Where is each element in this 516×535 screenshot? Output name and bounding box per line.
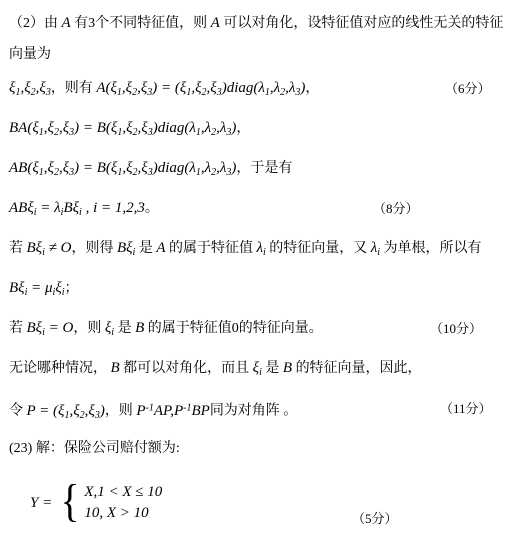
score-label: （11分） [440,398,492,420]
math-segment: AB(ξ1,ξ2,ξ3) = B(ξ1,ξ2,ξ3)diag(λ1,λ2,λ3) [9,160,236,176]
math-segment: λi [257,240,266,256]
score-label: （8分） [373,198,419,220]
text-segment: ，则 [73,321,105,336]
text-segment: ，则 [105,404,137,419]
text-segment: （2）由 [9,16,62,31]
formula-line: 若 Bξi ≠ O，则得 Bξi 是 A 的属于特征值 λi 的特征向量，又 λ… [9,237,507,259]
formula-line: AB(ξ1,ξ2,ξ3) = B(ξ1,ξ2,ξ3)diag(λ1,λ2,λ3)… [9,157,507,179]
math-segment: Y = [30,495,52,512]
left-brace: { [61,477,80,525]
case-row: X,1 < X ≤ 10 [84,482,162,503]
text-segment: ，则得 [71,241,117,256]
math-segment: A(ξ1,ξ2,ξ3) = (ξ1,ξ2,ξ3)diag(λ1,λ2,λ3) [96,80,305,96]
math-segment: ABξi = λiBξi , i = 1,2,3 [9,200,145,216]
text-segment: ，则有 [51,81,97,96]
paragraph: （2）由 A 有3个不同特征值，则 A 可以对角化，设特征值对应的线性无关的特征… [9,8,507,70]
text-segment: 是 [262,361,283,376]
text-segment: 是 [135,241,156,256]
text-segment: 的属于特征值 [166,241,257,256]
formula-line: (23) 解：保险公司赔付额为: [9,437,507,459]
text-segment: 无论哪种情况， [9,361,111,376]
math-segment: B [111,360,120,376]
text-segment: 有3个不同特征值，则 [71,16,211,31]
math-segment: Bξi = μiξi [9,280,65,296]
case-row: 10, X > 10 [84,503,162,524]
math-segment: A [211,15,220,31]
text-segment: 为单根，所以有 [380,241,482,256]
case-rows: X,1 < X ≤ 1010, X > 10 [84,482,162,524]
math-segment: ξ1,ξ2,ξ3 [9,80,51,96]
document-body: （2）由 A 有3个不同特征值，则 A 可以对角化，设特征值对应的线性无关的特征… [0,0,516,529]
math-segment: B [135,320,144,336]
math-segment: A [156,240,165,256]
text-segment: 令 [9,404,27,419]
text-segment: 若 [9,241,27,256]
math-segment: Bξi ≠ O [27,240,72,256]
formula-line: 无论哪种情况， B 都可以对角化，而且 ξi 是 B 的特征向量，因此， [9,357,507,379]
math-segment: P = (ξ1,ξ2,ξ3) [27,403,105,419]
text-segment: 都可以对角化，而且 [120,361,253,376]
formula-line: 令 P = (ξ1,ξ2,ξ3)，则 P-1AP,P-1BP同为对角阵 。（11… [9,397,507,419]
math-segment: Bξi [117,240,135,256]
score-label: （10分） [430,318,482,340]
math-segment: ξi [253,360,262,376]
text-segment: ，于是有 [236,161,292,176]
math-segment: P-1AP,P-1BP [136,403,210,419]
math-segment: BA(ξ1,ξ2,ξ3) = B(ξ1,ξ2,ξ3)diag(λ1,λ2,λ3) [9,120,236,136]
text-segment: 的特征向量，因此， [292,361,422,376]
text-segment: 的属于特征值0的特征向量。 [144,321,323,336]
piecewise-formula: Y ={X,1 < X ≤ 1010, X > 10（5分） [9,477,507,529]
math-segment: A [62,15,71,31]
formula-line: 若 Bξi = O，则 ξi 是 B 的属于特征值0的特征向量。（10分） [9,317,507,339]
text-segment: 若 [9,321,27,336]
math-segment: Bξi = O [27,320,74,336]
math-segment: B [283,360,292,376]
formula-line: Bξi = μiξi； [9,277,507,299]
text-segment: 。 [145,201,159,216]
math-segment: ξi [105,320,114,336]
math-segment: λi [371,240,380,256]
formula-line: ξ1,ξ2,ξ3，则有 A(ξ1,ξ2,ξ3) = (ξ1,ξ2,ξ3)diag… [9,77,507,99]
text-segment: 是 [114,321,135,336]
formula-line: BA(ξ1,ξ2,ξ3) = B(ξ1,ξ2,ξ3)diag(λ1,λ2,λ3)… [9,117,507,139]
text-segment: 同为对角阵 。 [210,404,298,419]
text-segment: 的特征向量，又 [266,241,371,256]
score-label: （5分） [352,508,398,527]
text-segment: ， [236,121,250,136]
formula-line: ABξi = λiBξi , i = 1,2,3。（8分） [9,197,507,219]
text-segment: ， [305,81,319,96]
text-segment: ； [65,281,79,296]
text-segment: (23) 解：保险公司赔付额为: [9,441,180,456]
score-label: （6分） [445,78,491,100]
